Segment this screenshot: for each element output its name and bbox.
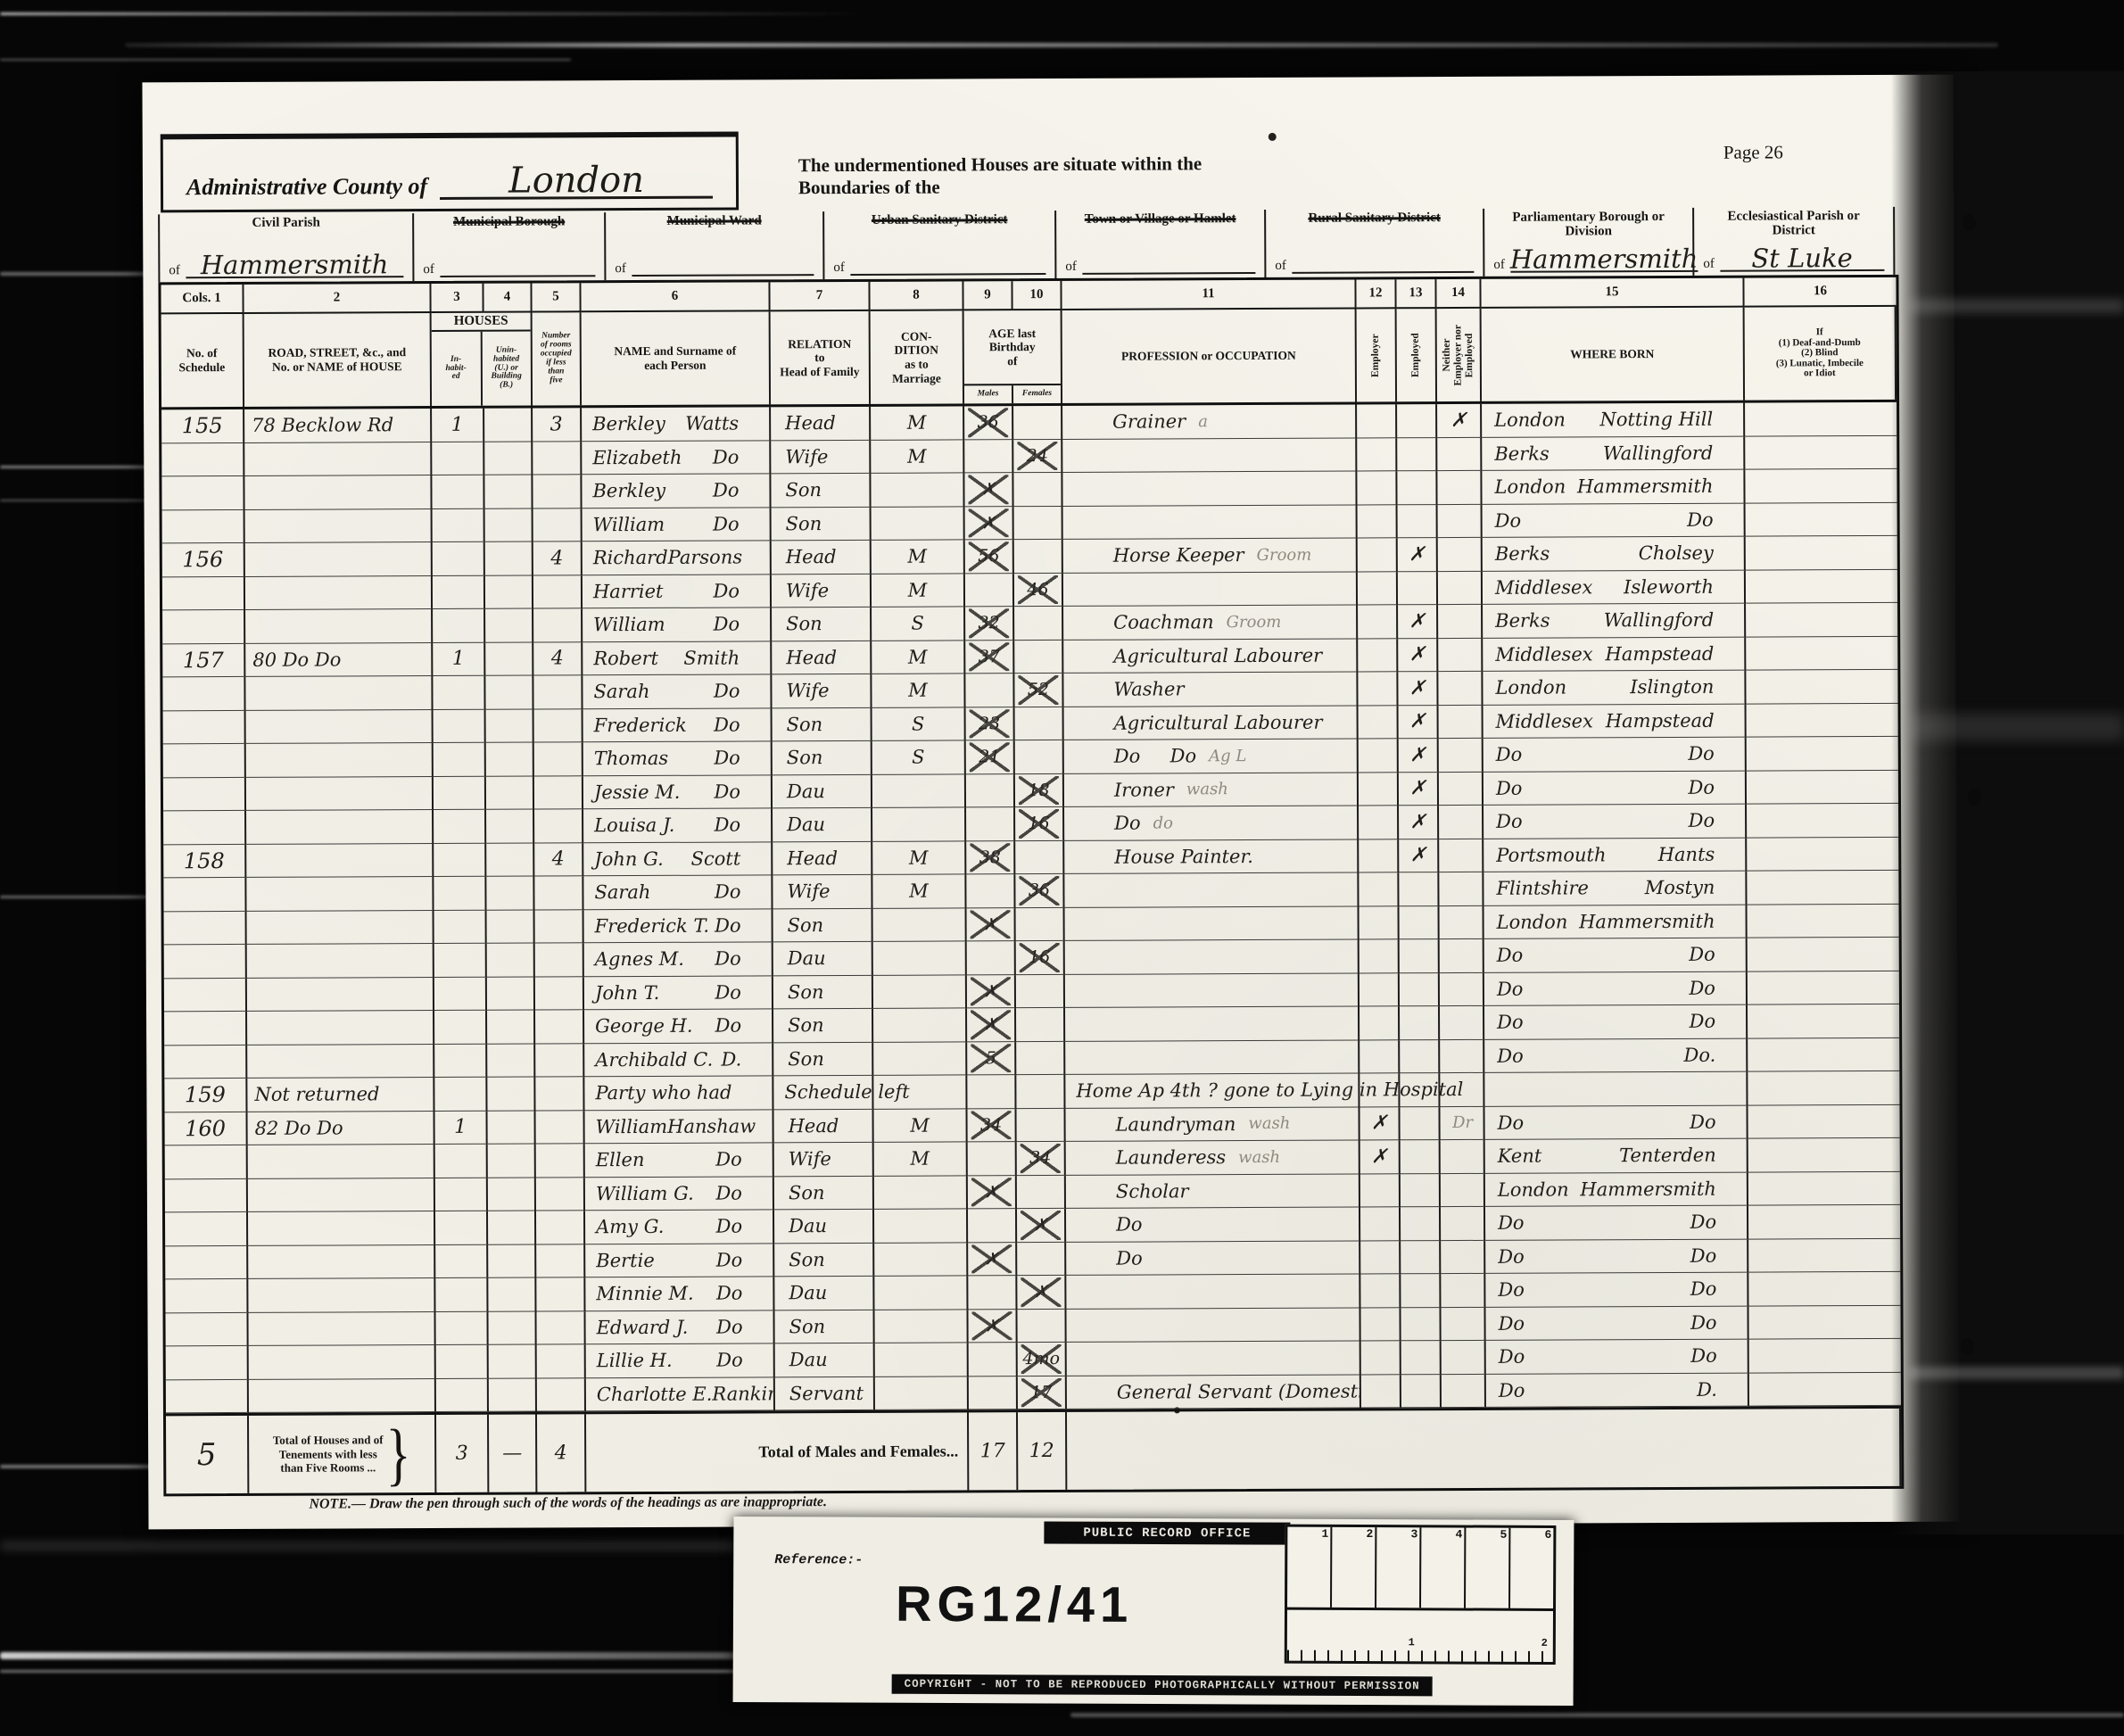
cell-occupation: Home Ap 4th ? gone to Lying in Hospital	[1065, 1073, 1360, 1108]
cell-rooms	[536, 1144, 585, 1178]
cell-road	[247, 1011, 434, 1045]
scan-streak	[0, 1670, 767, 1673]
cell-where-born: DoDo	[1483, 738, 1747, 773]
cell-employed-mark	[1401, 1274, 1441, 1308]
cell-occupation	[1065, 939, 1360, 974]
cell-age-female: 46	[1014, 573, 1063, 607]
cell-employed-mark	[1401, 1241, 1441, 1275]
cell-infirmity	[1748, 1171, 1900, 1205]
cell-neither-mark	[1439, 872, 1483, 906]
col-number: 16	[1744, 277, 1896, 308]
cell-age-male: 5	[967, 1042, 1016, 1076]
cell-inhabited	[434, 944, 487, 978]
ruler-number: 2	[1541, 1637, 1548, 1649]
cell-inhabited	[432, 442, 484, 475]
cell-employer-mark	[1360, 1040, 1400, 1074]
cell-condition	[872, 807, 966, 841]
cell-neither-mark	[1441, 1240, 1485, 1274]
cell-name: SarahDo	[583, 674, 772, 708]
ruler-segment: 5	[1466, 1528, 1510, 1608]
cell-rooms	[535, 1010, 584, 1044]
cell-neither-mark	[1437, 437, 1482, 471]
cell-uninhabited	[489, 1378, 537, 1412]
cell-employed-mark	[1400, 1107, 1440, 1141]
cell-schedule	[165, 1178, 248, 1212]
cell-uninhabited	[488, 1278, 536, 1312]
cell-neither-mark: ✗	[1437, 404, 1482, 438]
cell-where-born	[1484, 1072, 1748, 1107]
county-value-handwritten: London	[440, 164, 713, 200]
scan-streak	[1909, 1367, 2124, 1379]
cell-relation: Wife	[774, 1143, 874, 1177]
cell-infirmity	[1746, 536, 1897, 570]
cell-inhabited	[434, 910, 487, 944]
cell-employed-mark	[1401, 1207, 1441, 1241]
cell-schedule	[165, 1245, 248, 1279]
cell-employer-mark	[1357, 404, 1397, 438]
cell-relation: Head	[773, 841, 872, 875]
col-header-houses: HOUSES In- habit- ed Unin- habited (U.) …	[432, 313, 533, 406]
district-label: Municipal Borough	[423, 214, 595, 229]
cell-relation: Schedule left	[773, 1076, 873, 1110]
district-box: Civil ParishofHammersmith	[160, 213, 414, 282]
age-females-label: Females	[1013, 385, 1061, 403]
cell-infirmity	[1748, 938, 1899, 971]
pro-reference-stamp: PUBLIC RECORD OFFICE Reference:- RG12/41…	[733, 1517, 1574, 1706]
cell-age-female: ✗	[1017, 1276, 1066, 1310]
district-label: Rural Sanitary District	[1275, 211, 1474, 226]
scan-streak	[1909, 299, 2124, 313]
cell-age-female: 36	[1015, 874, 1064, 908]
col-number: 4	[483, 284, 532, 313]
col-header-rooms: Number of rooms occupied if less than fi…	[533, 312, 582, 405]
cell-schedule	[164, 978, 247, 1012]
age-title: AGE last Birthday of	[964, 310, 1061, 385]
cell-name: RobertSmith	[583, 641, 772, 675]
cell-road: 78 Becklow Rd	[244, 409, 432, 442]
cell-infirmity	[1746, 670, 1897, 704]
cell-employer-mark	[1361, 1375, 1401, 1409]
cell-infirmity	[1748, 1238, 1900, 1272]
cell-uninhabited	[488, 1111, 536, 1145]
cell-infirmity	[1747, 737, 1898, 771]
cell-neither-mark	[1438, 571, 1483, 605]
cell-age-male: 34	[967, 1109, 1016, 1143]
cell-age-female	[1014, 506, 1063, 540]
cell-condition: M	[872, 641, 965, 674]
cell-age-male	[966, 774, 1015, 808]
of-label: of	[833, 260, 845, 276]
district-value-handwritten: Hammersmith	[186, 254, 404, 279]
cell-schedule	[161, 442, 244, 476]
cell-road	[247, 1045, 434, 1079]
cell-condition: M	[872, 841, 966, 875]
cell-occupation: House Painter.	[1064, 839, 1359, 874]
cell-age-female: 16	[1015, 807, 1064, 841]
cell-road	[248, 1211, 435, 1245]
cell-infirmity	[1745, 469, 1897, 503]
ruler-segment: 1	[1287, 1527, 1332, 1608]
cell-where-born: MiddlesexHampstead	[1483, 704, 1747, 739]
cell-infirmity	[1748, 1272, 1900, 1306]
district-value-handwritten	[1082, 272, 1256, 275]
cell-employed-mark: ✗	[1399, 739, 1439, 773]
page-hole-mark	[1961, 1338, 1974, 1355]
cell-rooms	[536, 1244, 585, 1278]
cell-schedule	[164, 1012, 247, 1046]
cell-where-born: PortsmouthHants	[1483, 838, 1747, 872]
cell-name: William G.Do	[585, 1177, 774, 1211]
ruler-number: 1	[1322, 1527, 1329, 1541]
cell-infirmity	[1748, 1071, 1899, 1105]
cell-inhabited	[436, 1345, 489, 1379]
employed-label: Employed	[1410, 333, 1422, 377]
cell-occupation: Agricultural Labourer	[1064, 706, 1359, 740]
col-header-age: AGE last Birthday of Males Females	[964, 310, 1062, 403]
cell-schedule	[162, 610, 245, 644]
cell-rooms	[536, 1178, 585, 1211]
totals-brace: }	[385, 1415, 410, 1493]
cell-inhabited	[435, 1145, 488, 1178]
cell-age-female	[1013, 473, 1062, 507]
cell-age-male: 37	[965, 641, 1014, 674]
cell-infirmity	[1748, 904, 1899, 938]
cell-name: WilliamDo	[583, 508, 772, 541]
cell-relation: Son	[772, 608, 872, 641]
cell-condition: M	[871, 406, 964, 440]
cell-age-female: 34	[1017, 1142, 1066, 1176]
county-box: Administrative County of London	[161, 132, 739, 213]
cell-rooms	[536, 1311, 585, 1345]
cell-employer-mark	[1358, 672, 1398, 706]
ruler-number: 5	[1500, 1528, 1508, 1542]
col-number: 7	[770, 282, 870, 311]
cell-employer-mark	[1358, 605, 1398, 639]
of-label: of	[1275, 259, 1286, 274]
ruler-number: 2	[1367, 1527, 1374, 1541]
cell-neither-mark	[1440, 972, 1484, 1006]
measurement-ruler: 123456 12	[1285, 1525, 1557, 1665]
cell-neither-mark	[1440, 939, 1484, 973]
cell-employer-mark	[1360, 1006, 1400, 1040]
cell-neither-mark	[1440, 905, 1484, 939]
cell-name: ElizabethDo	[582, 441, 771, 475]
cell-age-female: 16	[1016, 941, 1065, 975]
cell-relation: Son	[773, 908, 873, 942]
cell-age-female	[1015, 740, 1064, 774]
cell-occupation	[1062, 471, 1357, 506]
cell-uninhabited	[489, 1345, 537, 1379]
cell-condition	[874, 1310, 968, 1343]
cell-condition	[871, 473, 964, 507]
cell-age-female	[1014, 607, 1063, 641]
cell-name: Agnes M.Do	[584, 942, 773, 976]
totals-uninhabited: —	[489, 1415, 537, 1492]
cell-rooms	[533, 508, 583, 542]
cell-name: Minnie M.Do	[585, 1277, 774, 1310]
cell-age-female	[1014, 540, 1063, 574]
cell-schedule	[161, 476, 244, 510]
col-header-condition: CON- DITION as to Marriage	[871, 310, 964, 403]
cell-name: SarahDo	[583, 875, 773, 909]
district-box: Ecclesiastical Parish or DistrictofSt Lu…	[1694, 207, 1895, 276]
cell-neither-mark	[1441, 1207, 1485, 1241]
cell-neither-mark	[1439, 705, 1483, 739]
cell-neither-mark	[1439, 772, 1483, 806]
cell-age-male: 38	[966, 841, 1015, 875]
cell-uninhabited	[486, 709, 534, 743]
cell-employer-mark: ✗	[1360, 1140, 1401, 1174]
cell-age-female	[1017, 1309, 1066, 1343]
cell-employed-mark	[1401, 1174, 1441, 1208]
cell-name: Amy G.Do	[585, 1210, 774, 1244]
cell-where-born: DoDo	[1483, 503, 1746, 538]
cell-name: WilliamHanshaw	[585, 1110, 774, 1144]
cell-relation: Wife	[771, 440, 871, 474]
cell-uninhabited	[486, 843, 534, 877]
cell-name: George H.Do	[584, 1009, 773, 1043]
cell-employer-mark	[1360, 939, 1400, 973]
cell-relation: Head	[774, 1109, 874, 1143]
ruler-number: 1	[1409, 1636, 1415, 1649]
cell-uninhabited	[486, 776, 534, 810]
cell-schedule: 158	[163, 844, 246, 878]
cell-employed-mark: ✗	[1399, 706, 1439, 740]
cell-neither-mark	[1441, 1307, 1485, 1341]
cell-infirmity	[1747, 703, 1898, 737]
cell-neither-mark	[1438, 538, 1483, 572]
cell-inhabited	[434, 709, 486, 743]
cell-infirmity	[1747, 770, 1898, 804]
totals-inhabited: 3	[436, 1415, 489, 1492]
cell-infirmity	[1748, 1305, 1900, 1339]
cell-rooms	[535, 910, 584, 944]
cell-uninhabited	[487, 944, 535, 978]
cell-neither-mark	[1441, 1274, 1485, 1308]
cell-employed-mark	[1397, 471, 1437, 505]
col-number: 11	[1062, 280, 1356, 310]
totals-houses-text: Total of Houses and of Tenements with le…	[273, 1433, 384, 1475]
cell-where-born: FlintshireMostyn	[1483, 872, 1747, 906]
cell-condition: M	[871, 440, 964, 474]
cell-occupation	[1067, 1341, 1361, 1376]
cell-neither-mark	[1439, 839, 1483, 872]
cell-condition	[873, 908, 967, 942]
cell-employer-mark	[1360, 1174, 1401, 1208]
cell-age-male: ✗	[968, 1243, 1017, 1277]
cell-age-female: 18	[1015, 773, 1064, 807]
cell-uninhabited	[485, 508, 533, 542]
cell-road	[244, 475, 432, 509]
cell-age-male: ✗	[967, 975, 1016, 1009]
cell-inhabited	[434, 977, 487, 1011]
cell-uninhabited	[487, 1044, 535, 1078]
cell-inhabited	[434, 776, 486, 810]
col-number: Cols. 1	[161, 285, 244, 314]
cell-employed-mark	[1398, 572, 1438, 606]
cell-employer-mark	[1360, 906, 1400, 940]
cell-where-born: DoDo	[1484, 938, 1748, 973]
cell-rooms	[533, 575, 583, 609]
cell-rooms	[536, 1111, 585, 1145]
cell-rooms	[534, 742, 583, 776]
cell-age-female	[1016, 1108, 1065, 1142]
cell-condition	[875, 1343, 969, 1376]
houses-inhabited-label: In- habit- ed	[432, 332, 483, 406]
cell-age-male	[968, 1276, 1017, 1310]
cell-schedule	[165, 1312, 248, 1346]
cell-where-born: DoDo	[1483, 771, 1747, 806]
cell-uninhabited	[485, 609, 533, 643]
cell-road	[246, 743, 434, 777]
cell-occupation: Dodo	[1064, 806, 1359, 840]
cell-infirmity	[1746, 502, 1897, 536]
cell-occupation: Grainera	[1062, 404, 1357, 439]
cell-name: Archibald C.D.	[584, 1043, 773, 1077]
cell-relation: Son	[774, 1176, 874, 1210]
cell-age-male	[966, 807, 1015, 841]
cell-inhabited	[433, 676, 485, 710]
cell-uninhabited	[488, 1178, 536, 1211]
cell-road	[248, 1145, 435, 1178]
cell-inhabited: 1	[435, 1111, 488, 1145]
cell-inhabited	[435, 1311, 488, 1345]
cell-neither-mark	[1440, 1006, 1484, 1040]
cell-uninhabited	[487, 1011, 535, 1045]
cell-where-born: DoDo	[1485, 1239, 1748, 1274]
cell-rooms	[534, 776, 583, 810]
cell-condition: S	[872, 607, 965, 641]
totals-males: 17	[969, 1412, 1018, 1490]
cell-schedule	[165, 1279, 248, 1313]
cell-name: Party who had	[584, 1076, 773, 1110]
cell-inhabited	[433, 508, 485, 542]
cell-road	[246, 844, 434, 878]
totals-houses-label: Total of Houses and of Tenements with le…	[249, 1415, 436, 1493]
cell-name: EllenDo	[585, 1143, 774, 1177]
census-scan-page: Administrative County of London The unde…	[0, 0, 2124, 1736]
cell-employer-mark	[1360, 1274, 1401, 1308]
cell-condition	[874, 1209, 968, 1243]
cell-road	[246, 777, 434, 811]
table-header: Cols. 1 2 3 4 5 6 7 8 9 10 11 12 13 14 1…	[161, 277, 1897, 409]
cell-name: BerkleyDo	[582, 474, 771, 508]
cell-schedule	[163, 878, 246, 912]
scan-dark-band	[1891, 71, 2124, 1534]
col-number: 5	[532, 283, 581, 312]
cell-relation: Dau	[773, 942, 873, 976]
col-number: 12	[1356, 279, 1396, 309]
cell-neither-mark	[1441, 1140, 1485, 1174]
cell-schedule	[166, 1379, 249, 1413]
cell-uninhabited	[487, 910, 535, 944]
cell-age-female	[1016, 907, 1065, 941]
cell-neither-mark	[1442, 1341, 1486, 1375]
cell-where-born: MiddlesexIsleworth	[1483, 570, 1746, 605]
ruler-number: 6	[1545, 1528, 1552, 1542]
census-form: Administrative County of London The unde…	[142, 75, 1959, 1530]
col-number: 15	[1481, 278, 1744, 309]
page-hole-mark	[1963, 214, 1976, 231]
cell-employer-mark: ✗	[1360, 1107, 1400, 1141]
cell-condition: M	[872, 540, 965, 574]
cell-road	[248, 1312, 435, 1346]
scan-streak	[0, 500, 150, 501]
cell-name: John G.Scott	[583, 842, 773, 876]
cell-age-male: 21	[966, 740, 1015, 774]
cell-age-female	[1016, 1075, 1065, 1109]
cell-occupation: CoachmanGroom	[1063, 605, 1358, 640]
cell-where-born: LondonIslington	[1483, 671, 1746, 706]
col-number: 8	[870, 281, 963, 310]
cell-schedule	[164, 1045, 247, 1079]
cell-road	[247, 944, 434, 978]
cell-relation: Son	[773, 707, 872, 741]
cell-road	[248, 1178, 435, 1212]
paper-speck	[1269, 133, 1277, 141]
cell-infirmity	[1748, 1138, 1900, 1172]
cell-rooms	[533, 442, 582, 475]
cell-uninhabited	[488, 1311, 536, 1345]
cell-age-female: 17	[1018, 1376, 1067, 1409]
ruler-inches: 123456	[1287, 1527, 1553, 1611]
cell-rooms	[535, 1077, 584, 1111]
cell-infirmity	[1747, 871, 1898, 905]
of-label: of	[1703, 257, 1715, 272]
cell-condition: M	[872, 874, 966, 908]
cell-age-female: 24	[1013, 439, 1062, 473]
cell-employer-mark	[1359, 739, 1399, 773]
cell-inhabited	[435, 1278, 488, 1312]
cell-relation: Dau	[775, 1343, 875, 1377]
cell-age-male	[964, 440, 1013, 474]
cell-inhabited: 1	[432, 409, 484, 442]
cell-age-female	[1016, 974, 1065, 1008]
cell-age-male	[967, 1075, 1016, 1109]
cell-where-born: MiddlesexHampstead	[1483, 637, 1746, 672]
cell-condition: M	[872, 574, 965, 608]
cell-employed-mark: ✗	[1398, 639, 1438, 673]
ruler-units: 12	[1287, 1610, 1553, 1662]
district-box: Rural Sanitary Districtof	[1266, 209, 1484, 277]
cell-uninhabited	[487, 977, 535, 1011]
col-number: 10	[1012, 281, 1062, 310]
cell-age-male: ✗	[968, 1310, 1017, 1343]
cell-employer-mark	[1357, 438, 1397, 472]
houses-title: HOUSES	[432, 313, 531, 332]
cell-occupation: Scholar	[1066, 1174, 1360, 1209]
cell-where-born: DoDo	[1484, 971, 1748, 1006]
cell-road	[245, 576, 433, 610]
cell-rooms	[536, 1277, 585, 1311]
cell-rooms: 4	[534, 843, 583, 877]
cell-condition	[872, 774, 966, 808]
scan-streak	[0, 1465, 152, 1468]
cell-employer-mark	[1360, 973, 1400, 1007]
cell-condition	[873, 1042, 967, 1076]
cell-condition: S	[872, 707, 966, 741]
cell-neither-mark	[1438, 672, 1483, 706]
cell-where-born: BerksCholsey	[1483, 537, 1746, 572]
cell-employer-mark	[1358, 505, 1398, 539]
cell-age-male	[968, 1142, 1017, 1176]
cell-inhabited	[435, 1211, 488, 1245]
cell-where-born: KentTenterden	[1485, 1139, 1748, 1174]
cell-where-born: DoDo	[1486, 1340, 1749, 1375]
cell-uninhabited	[485, 542, 533, 576]
cell-age-male: 32	[965, 607, 1014, 641]
cell-relation: Head	[771, 407, 871, 441]
